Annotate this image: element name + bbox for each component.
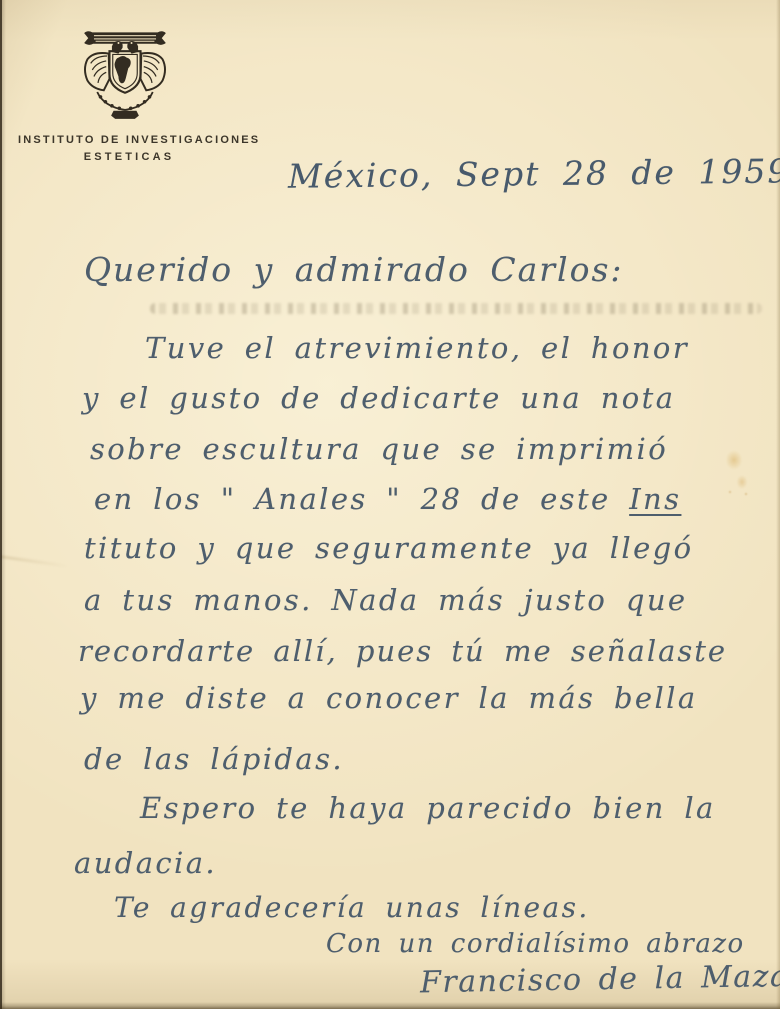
- letter-line: y el gusto de dedicarte una nota: [82, 381, 675, 415]
- letter-line: en los " Anales " 28 de este Ins: [94, 482, 681, 516]
- institution-name-line2: ESTETICAS: [18, 151, 240, 163]
- paper-crease: [0, 555, 70, 568]
- letter-line: tituto y que seguramente ya llegó: [84, 531, 693, 565]
- salutation: Querido y admirado Carlos:: [84, 250, 624, 289]
- letter-line: audacia.: [74, 846, 217, 880]
- letter-line: a tus manos. Nada más justo que: [84, 583, 688, 617]
- letter-line: Espero te haya parecido bien la: [140, 791, 716, 825]
- dateline: México, Sept 28 de 1959.: [288, 151, 780, 195]
- closing-line: Con un cordialísimo abrazo: [326, 929, 745, 959]
- letter-line: recordarte allí, pues tú me señalaste: [78, 634, 727, 668]
- letter-line-text: en los " Anales " 28 de este: [94, 482, 629, 516]
- unam-coat-of-arms-icon: [76, 26, 174, 122]
- letterhead-institution: INSTITUTO DE INVESTIGACIONES ESTETICAS: [18, 134, 240, 163]
- underlined-word: Ins: [629, 482, 681, 516]
- letter-line: Te agradecería unas líneas.: [114, 891, 590, 924]
- letter-line: sobre escultura que se imprimió: [90, 432, 668, 466]
- scan-edge-left-line: [0, 0, 2, 1009]
- letter-line: de las lápidas.: [84, 742, 344, 776]
- scanned-letter-page: INSTITUTO DE INVESTIGACIONES ESTETICAS M…: [0, 0, 780, 1009]
- ink-offset-ghost: [150, 303, 762, 314]
- institution-name-line1: INSTITUTO DE INVESTIGACIONES: [18, 134, 240, 146]
- paper-stain: [720, 448, 756, 498]
- letter-line: Tuve el atrevimiento, el honor: [145, 331, 689, 365]
- letter-line: y me diste a conocer la más bella: [80, 681, 698, 715]
- signature-line: Francisco de la Maza.: [420, 959, 780, 1001]
- scan-edge-right: [776, 0, 780, 1009]
- scan-edge-bottom: [0, 1002, 780, 1009]
